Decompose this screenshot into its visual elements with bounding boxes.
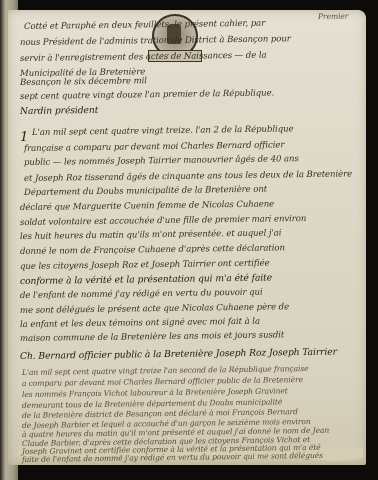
corner-note: Premier — [318, 12, 348, 21]
president-signature: Nardin président — [20, 105, 98, 117]
header-line: Besançon le six décembre mil — [20, 76, 147, 88]
entry-marker: 1 — [20, 130, 28, 145]
